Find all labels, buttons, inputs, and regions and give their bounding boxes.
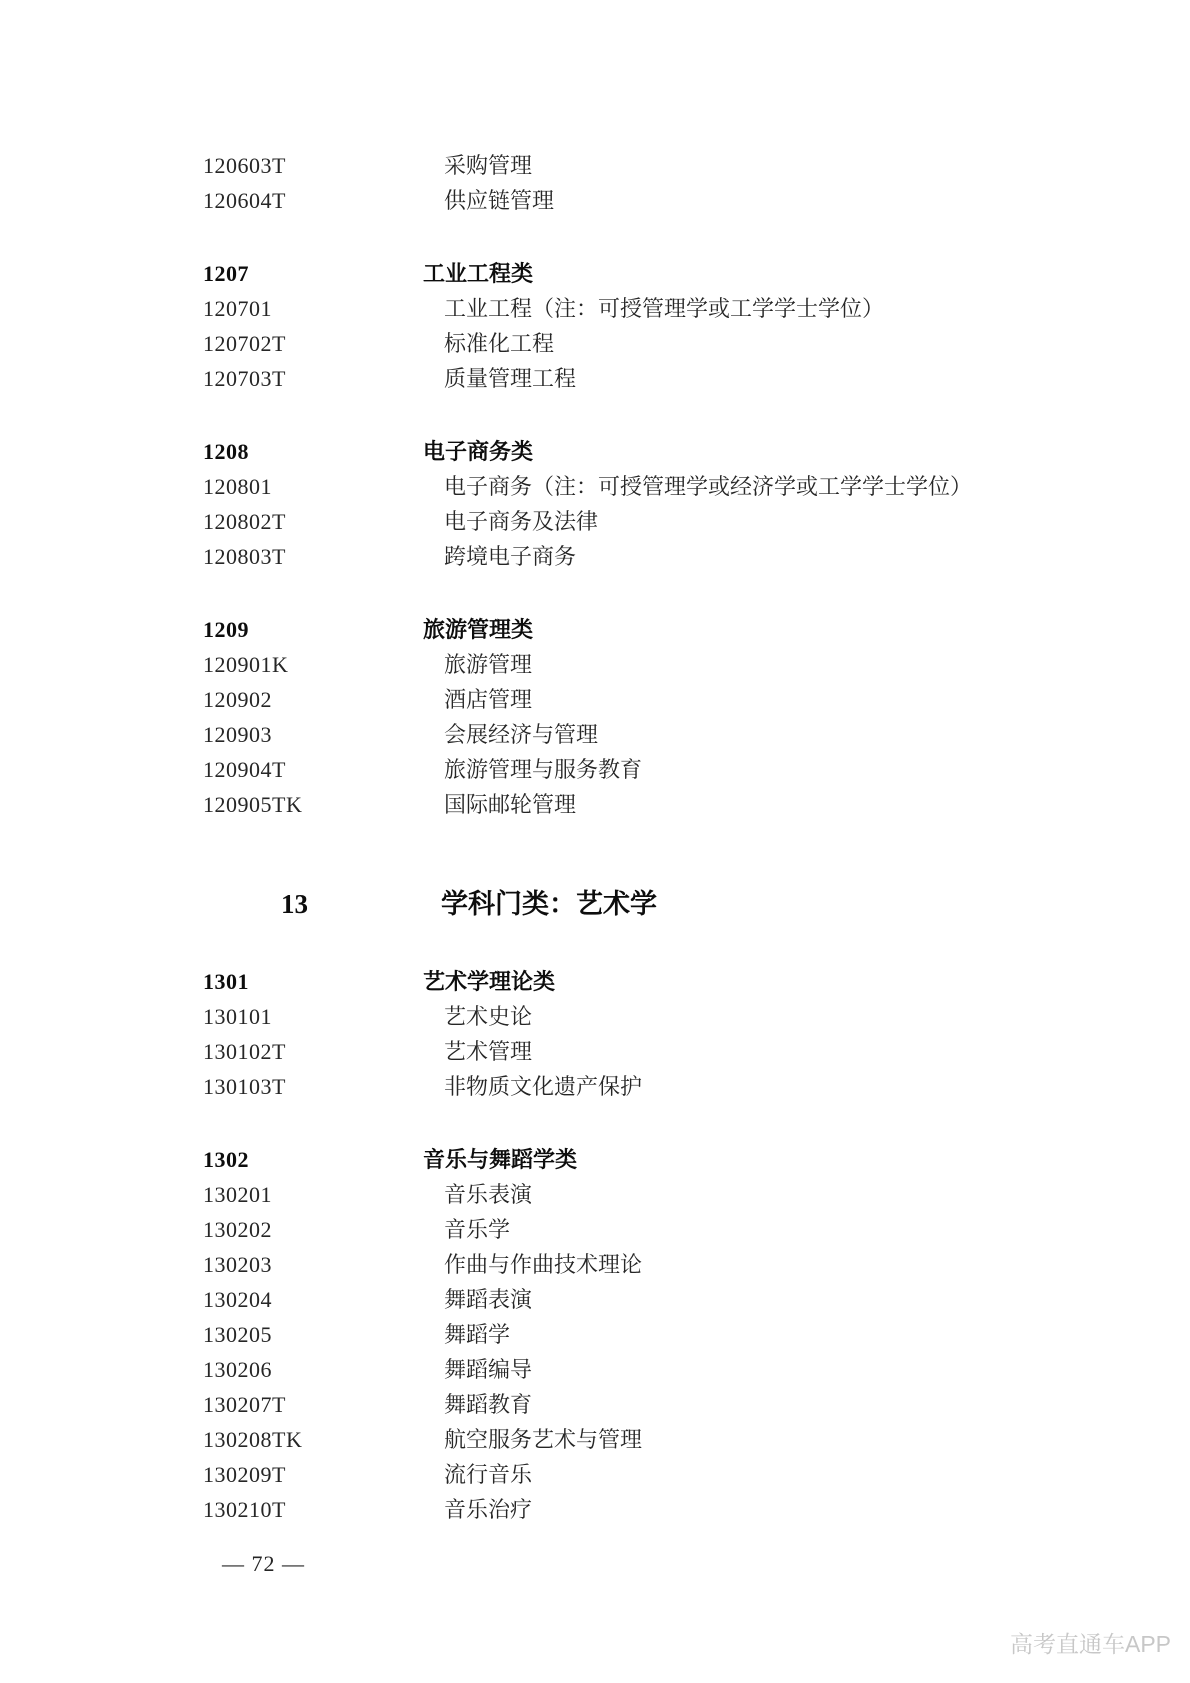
major-row: 130204 舞蹈表演 [203,1282,1190,1317]
major-row: 120801 电子商务（注：可授管理学或经济学或工学学士学位） [203,469,1190,504]
category-code: 1208 [203,434,423,469]
major-name: 舞蹈编导 [423,1352,532,1387]
division-heading: 13 学科门类：艺术学 [203,882,1190,927]
major-name: 采购管理 [423,148,532,183]
major-name: 电子商务（注：可授管理学或经济学或工学学士学位） [423,469,972,504]
major-code: 130102T [203,1034,423,1069]
major-row: 120604T 供应链管理 [203,183,1190,218]
category-code: 1207 [203,256,423,291]
major-row: 130202 音乐学 [203,1212,1190,1247]
category-name: 工业工程类 [423,256,533,291]
major-row: 120901K 旅游管理 [203,647,1190,682]
category-code: 1209 [203,612,423,647]
category-name: 音乐与舞蹈学类 [423,1142,577,1177]
major-row: 120803T 跨境电子商务 [203,539,1190,574]
major-code: 130206 [203,1352,423,1387]
major-code: 130202 [203,1212,423,1247]
major-catalog: 120603T 采购管理 120604T 供应链管理 1207 工业工程类 12… [0,148,1190,1527]
category-code: 1302 [203,1142,423,1177]
major-code: 120604T [203,183,423,218]
major-name: 会展经济与管理 [423,717,598,752]
major-code: 120803T [203,539,423,574]
major-name: 作曲与作曲技术理论 [423,1247,642,1282]
major-row: 130210T 音乐治疗 [203,1492,1190,1527]
major-row: 120703T 质量管理工程 [203,361,1190,396]
major-code: 120701 [203,291,423,326]
major-code: 120802T [203,504,423,539]
major-name: 音乐治疗 [423,1492,532,1527]
major-code: 120801 [203,469,423,504]
division-title: 学科门类：艺术学 [423,882,657,927]
major-name: 工业工程（注：可授管理学或工学学士学位） [423,291,884,326]
category-code: 1301 [203,964,423,999]
major-row: 120802T 电子商务及法律 [203,504,1190,539]
major-code: 130204 [203,1282,423,1317]
major-code: 130101 [203,999,423,1034]
major-name: 国际邮轮管理 [423,787,576,822]
major-code: 120603T [203,148,423,183]
major-code: 130209T [203,1457,423,1492]
major-code: 130207T [203,1387,423,1422]
major-name: 流行音乐 [423,1457,532,1492]
major-row: 130208TK 航空服务艺术与管理 [203,1422,1190,1457]
category-row: 1301 艺术学理论类 [203,964,1190,999]
major-row: 130207T 舞蹈教育 [203,1387,1190,1422]
major-code: 130103T [203,1069,423,1104]
major-code: 130201 [203,1177,423,1212]
division-number: 13 [203,882,423,927]
major-row: 120702T 标准化工程 [203,326,1190,361]
document-page: 120603T 采购管理 120604T 供应链管理 1207 工业工程类 12… [0,0,1190,1683]
major-row: 130103T 非物质文化遗产保护 [203,1069,1190,1104]
category-name: 旅游管理类 [423,612,533,647]
major-code: 130203 [203,1247,423,1282]
category-name: 电子商务类 [423,434,533,469]
major-code: 120901K [203,647,423,682]
major-row: 130205 舞蹈学 [203,1317,1190,1352]
major-row: 120701 工业工程（注：可授管理学或工学学士学位） [203,291,1190,326]
major-name: 标准化工程 [423,326,554,361]
major-code: 120902 [203,682,423,717]
category-row: 1208 电子商务类 [203,434,1190,469]
major-row: 120905TK 国际邮轮管理 [203,787,1190,822]
major-code: 120904T [203,752,423,787]
major-name: 舞蹈表演 [423,1282,532,1317]
major-code: 120703T [203,361,423,396]
major-name: 艺术管理 [423,1034,532,1069]
major-name: 非物质文化遗产保护 [423,1069,642,1104]
major-name: 音乐学 [423,1212,510,1247]
category-row: 1207 工业工程类 [203,256,1190,291]
category-name: 艺术学理论类 [423,964,555,999]
major-code: 130210T [203,1492,423,1527]
major-name: 舞蹈教育 [423,1387,532,1422]
major-name: 航空服务艺术与管理 [423,1422,642,1457]
major-row: 130201 音乐表演 [203,1177,1190,1212]
major-code: 120905TK [203,787,423,822]
major-name: 旅游管理 [423,647,532,682]
major-name: 艺术史论 [423,999,532,1034]
app-watermark: 高考直通车APP [1010,1630,1171,1658]
category-row: 1209 旅游管理类 [203,612,1190,647]
category-row: 1302 音乐与舞蹈学类 [203,1142,1190,1177]
major-row: 120904T 旅游管理与服务教育 [203,752,1190,787]
major-row: 130206 舞蹈编导 [203,1352,1190,1387]
major-name: 质量管理工程 [423,361,576,396]
major-name: 电子商务及法律 [423,504,598,539]
major-code: 130208TK [203,1422,423,1457]
major-name: 跨境电子商务 [423,539,576,574]
page-number: — 72 — [222,1550,305,1578]
major-code: 120903 [203,717,423,752]
major-name: 舞蹈学 [423,1317,510,1352]
major-code: 130205 [203,1317,423,1352]
major-row: 120902 酒店管理 [203,682,1190,717]
major-name: 旅游管理与服务教育 [423,752,642,787]
major-code: 120702T [203,326,423,361]
major-name: 酒店管理 [423,682,532,717]
major-row: 120903 会展经济与管理 [203,717,1190,752]
major-row: 130203 作曲与作曲技术理论 [203,1247,1190,1282]
major-row: 130101 艺术史论 [203,999,1190,1034]
major-name: 音乐表演 [423,1177,532,1212]
major-row: 130209T 流行音乐 [203,1457,1190,1492]
major-row: 130102T 艺术管理 [203,1034,1190,1069]
major-row: 120603T 采购管理 [203,148,1190,183]
major-name: 供应链管理 [423,183,554,218]
